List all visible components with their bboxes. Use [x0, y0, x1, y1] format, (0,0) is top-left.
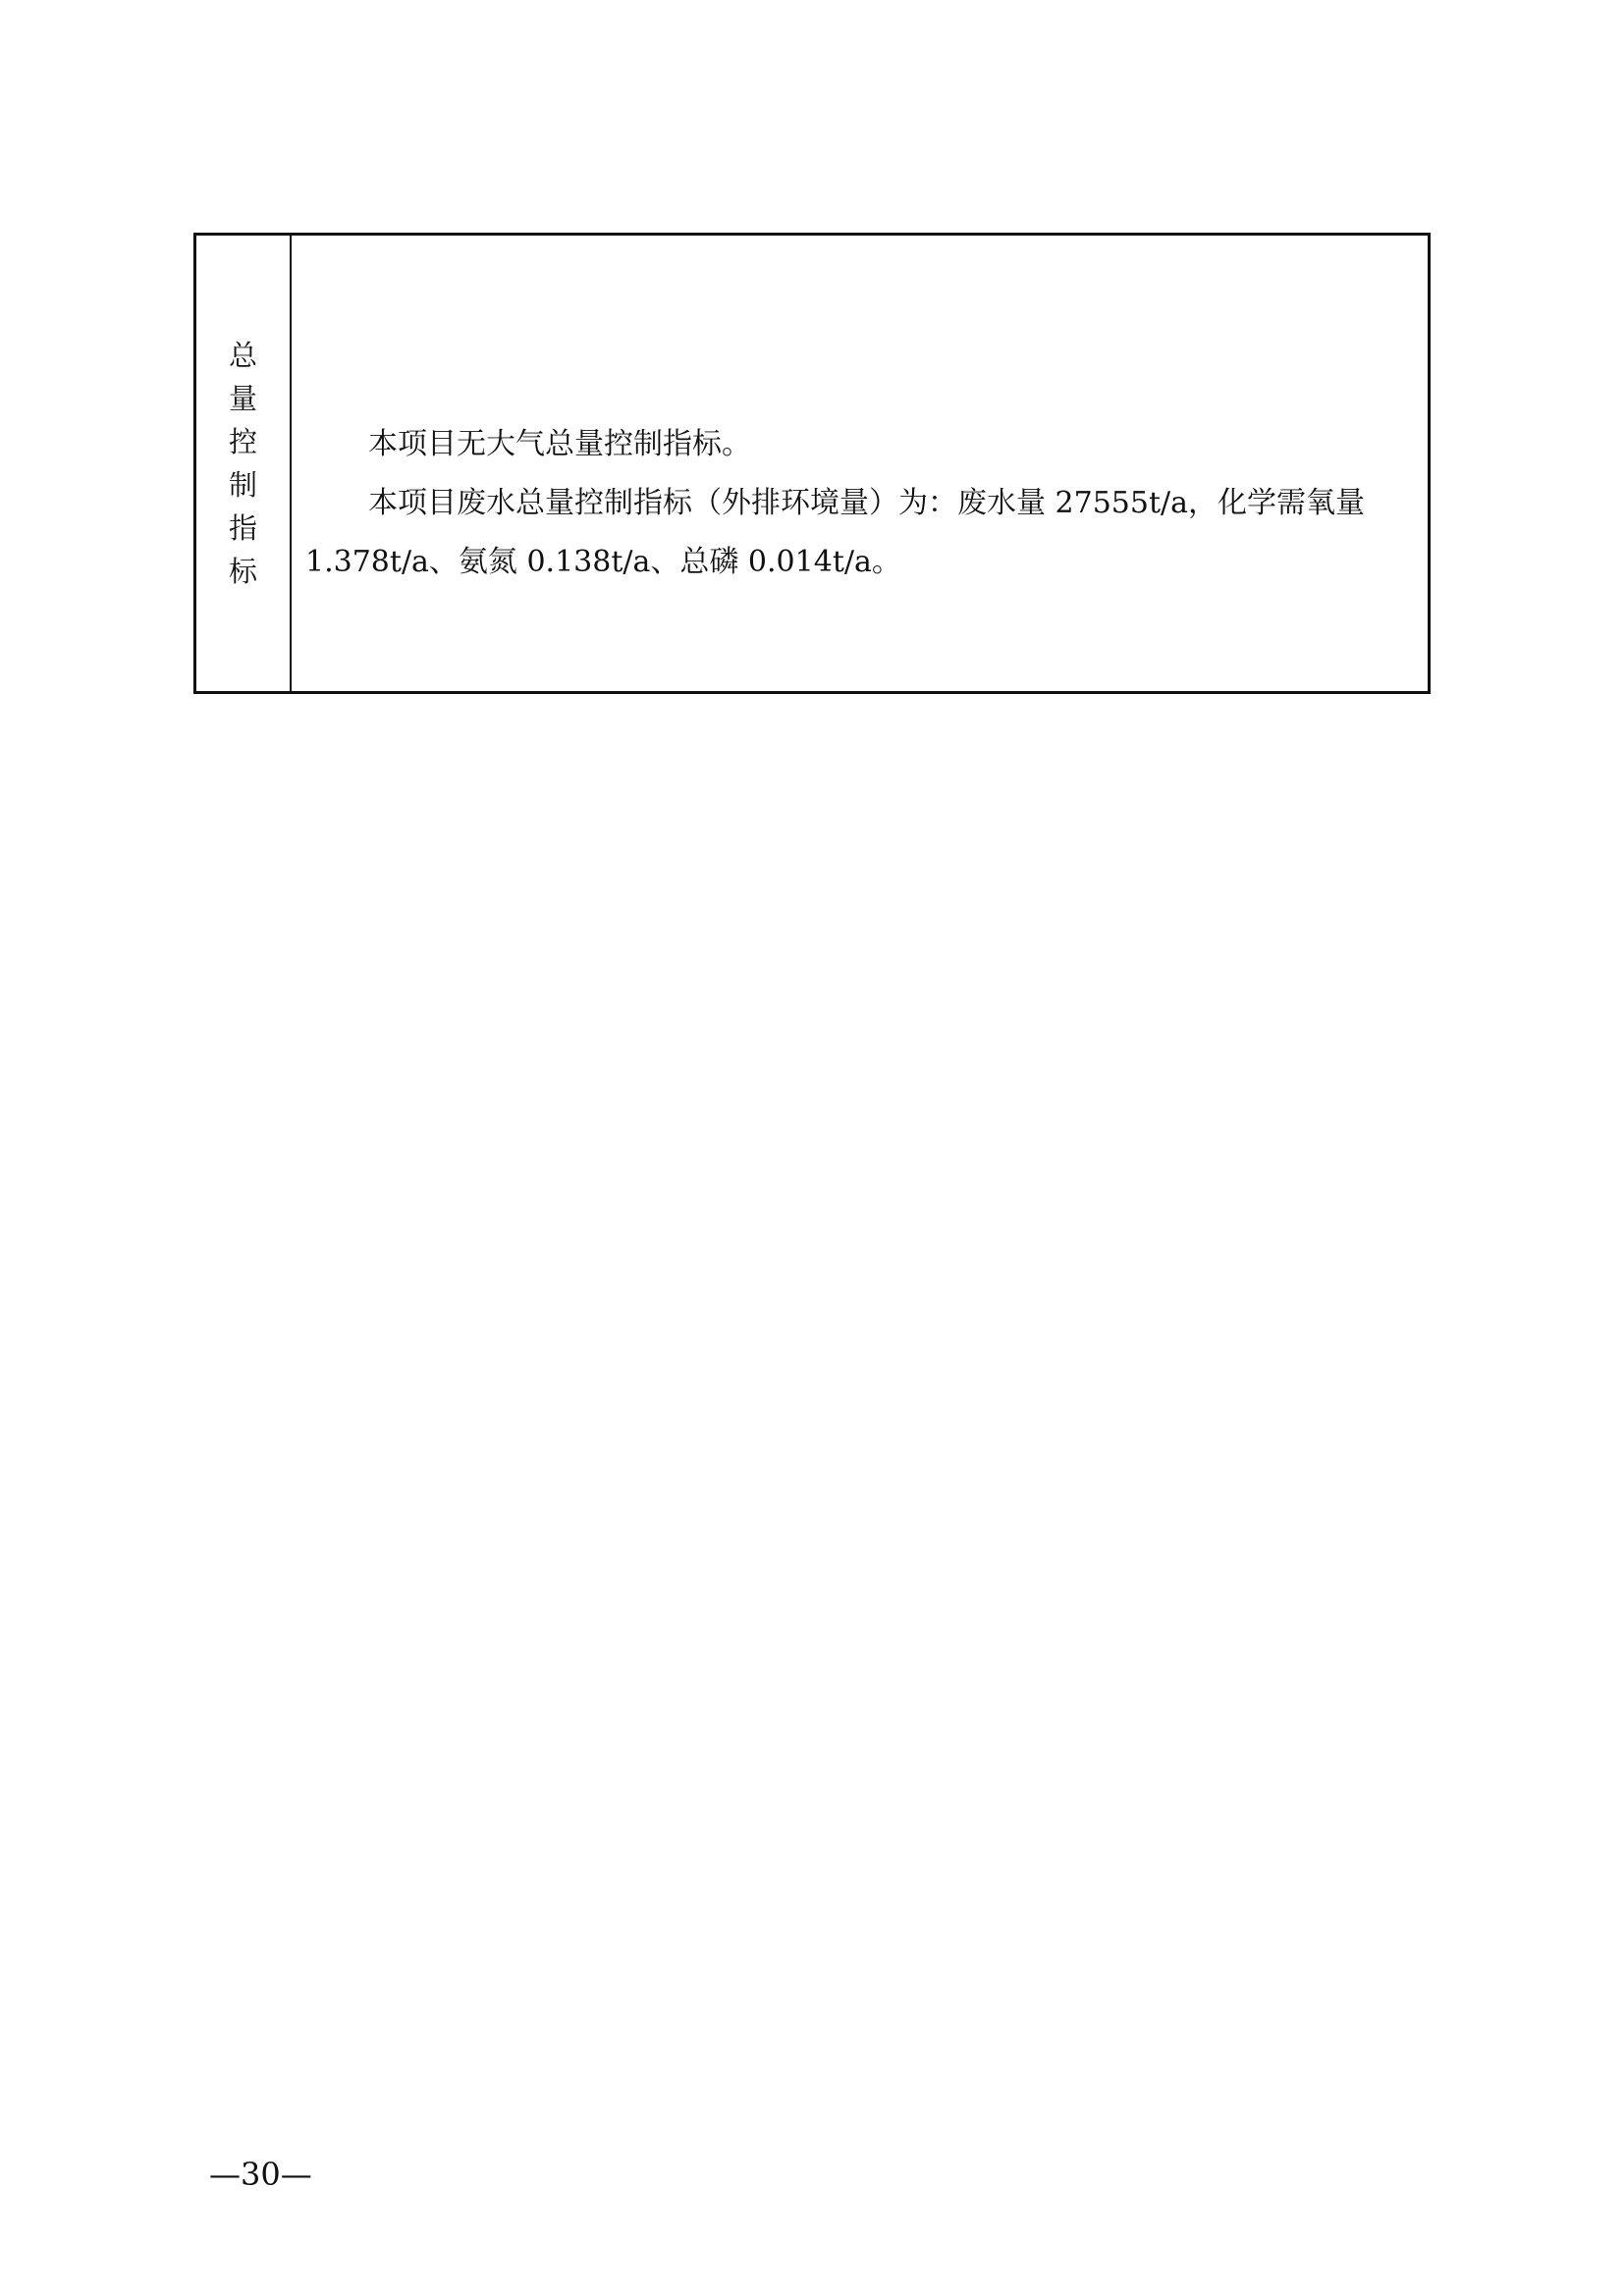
row-label-char: 总: [229, 334, 257, 377]
row-label-char: 标: [229, 550, 257, 593]
row-label-char: 量: [229, 377, 257, 420]
content-cell: 本项目无大气总量控制指标。 本项目废水总量控制指标（外排环境量）为：废水量 27…: [292, 236, 1428, 691]
page-number: —30—: [209, 2156, 312, 2193]
wastewater-control-paragraph: 本项目废水总量控制指标（外排环境量）为：废水量 27555t/a，化学需氧量 1…: [305, 474, 1418, 592]
total-control-table: 总 量 控 制 指 标 本项目无大气总量控制指标。 本项目废水总量控制指标（外排…: [193, 233, 1431, 694]
row-label-char: 指: [229, 507, 257, 550]
air-control-paragraph: 本项目无大气总量控制指标。: [305, 415, 1418, 474]
row-label-char: 控: [229, 420, 257, 463]
row-label-cell: 总 量 控 制 指 标: [196, 236, 292, 691]
row-label-char: 制: [229, 463, 257, 507]
